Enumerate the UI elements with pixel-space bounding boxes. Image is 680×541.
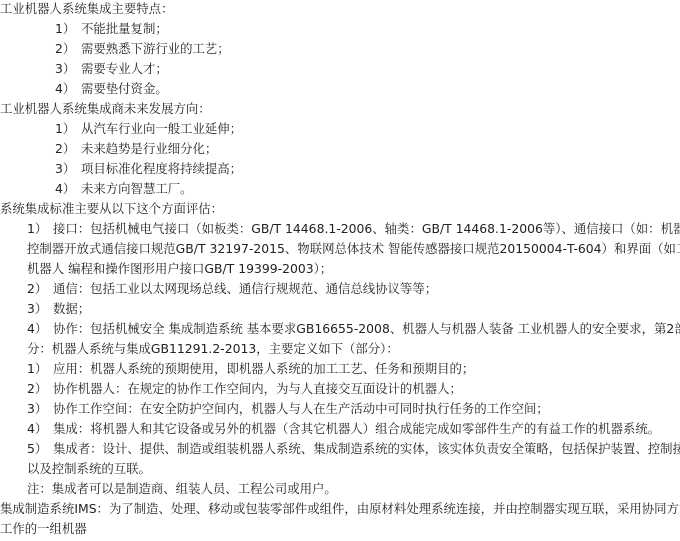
list-number: 4）	[55, 179, 81, 199]
list-text: 接口：包括机械电气接口（如板类：GB/T 14468.1-2006、轴类：GB/…	[53, 221, 680, 236]
list-number: 1）	[55, 19, 81, 39]
list-number: 1）	[27, 359, 53, 379]
definition-item: 3）协作工作空间：在安全防护空间内，机器人与人在生产活动中可同时执行任务的工作空…	[27, 399, 549, 419]
list-item: 1）从汽车行业向一般工业延伸；	[55, 119, 242, 139]
section-heading-features: 工业机器人系统集成主要特点：	[0, 0, 173, 19]
list-number: 4）	[27, 419, 53, 439]
list-text: 集成：将机器人和其它设备或另外的机器（含其它机器人）组合成能完成如零部件生产的有…	[53, 421, 660, 436]
list-text: 需要垫付资金。	[81, 81, 168, 96]
list-text: 通信：包括工业以太网现场总线、通信行规规范、通信总线协议等等；	[53, 281, 437, 296]
list-text: 集成者：设计、提供、制造或组装机器人系统、集成制造系统的实体，该实体负责安全策略…	[53, 441, 680, 456]
list-text: 不能批量复制；	[81, 21, 168, 36]
list-number: 3）	[27, 299, 53, 319]
list-item: 4）未来方向智慧工厂。	[55, 179, 193, 199]
ims-definition-continuation: 工作的一组机器	[0, 519, 87, 539]
definition-item: 5）集成者：设计、提供、制造或组装机器人系统、集成制造系统的实体，该实体负责安全…	[27, 439, 680, 459]
section-heading-standards: 系统集成标准主要从以下这个方面评估：	[0, 199, 223, 219]
list-text: 协作机器人：在规定的协作工作空间内，为与人直接交互面设计的机器人；	[53, 381, 462, 396]
list-text: 项目标准化程度将持续提高；	[81, 161, 242, 176]
ims-definition: 集成制造系统IMS：为了制造、处理、移动或包装零部件或组件，由原材料处理系统连接…	[0, 499, 680, 519]
definition-item: 1）应用：机器人系统的预期使用，即机器人系统的加工工艺、任务和预期目的；	[27, 359, 474, 379]
list-number: 1）	[55, 119, 81, 139]
list-item-communication: 2）通信：包括工业以太网现场总线、通信行规规范、通信总线协议等等；	[27, 279, 437, 299]
list-number: 4）	[55, 79, 81, 99]
list-item: 2）未来趋势是行业细分化；	[55, 139, 217, 159]
list-number: 4）	[27, 319, 53, 339]
list-item-continuation: 分：机器人系统与集成GB11291.2-2013，主要定义如下（部分）：	[27, 339, 399, 359]
list-item: 3）项目标准化程度将持续提高；	[55, 159, 242, 179]
list-number: 2）	[27, 379, 53, 399]
list-text: 未来趋势是行业细分化；	[81, 141, 217, 156]
list-item-collaboration: 4）协作：包括机械安全 集成制造系统 基本要求GB16655-2008、机器人与…	[27, 319, 680, 339]
section-heading-future: 工业机器人系统集成商未来发展方向：	[0, 99, 211, 119]
list-number: 2）	[27, 279, 53, 299]
definition-item: 2）协作机器人：在规定的协作工作空间内，为与人直接交互面设计的机器人；	[27, 379, 462, 399]
list-text: 数据；	[53, 301, 90, 316]
list-number: 3）	[55, 59, 81, 79]
definition-item: 4）集成：将机器人和其它设备或另外的机器（含其它机器人）组合成能完成如零部件生产…	[27, 419, 660, 439]
list-item-continuation: 以及控制系统的互联。	[27, 459, 151, 479]
list-item: 1）不能批量复制；	[55, 19, 168, 39]
list-item-data: 3）数据；	[27, 299, 90, 319]
list-number: 1）	[27, 219, 53, 239]
list-number: 3）	[27, 399, 53, 419]
list-text: 需要专业人才；	[81, 61, 168, 76]
list-text: 需要熟悉下游行业的工艺；	[81, 41, 230, 56]
list-text: 从汽车行业向一般工业延伸；	[81, 121, 242, 136]
list-item-continuation: 控制器开放式通信接口规范GB/T 32197-2015、物联网总体技术 智能传感…	[27, 239, 680, 259]
list-item: 3）需要专业人才；	[55, 59, 168, 79]
list-number: 2）	[55, 139, 81, 159]
list-text: 应用：机器人系统的预期使用，即机器人系统的加工工艺、任务和预期目的；	[53, 361, 474, 376]
list-item: 2）需要熟悉下游行业的工艺；	[55, 39, 230, 59]
list-item-interface: 1）接口：包括机械电气接口（如板类：GB/T 14468.1-2006、轴类：G…	[27, 219, 680, 239]
list-text: 协作工作空间：在安全防护空间内，机器人与人在生产活动中可同时执行任务的工作空间；	[53, 401, 549, 416]
list-number: 3）	[55, 159, 81, 179]
list-text: 未来方向智慧工厂。	[81, 181, 193, 196]
note-text: 注：集成者可以是制造商、组装人员、工程公司或用户。	[27, 479, 337, 499]
list-item: 4）需要垫付资金。	[55, 79, 168, 99]
list-text: 协作：包括机械安全 集成制造系统 基本要求GB16655-2008、机器人与机器…	[53, 321, 680, 336]
list-item-continuation: 机器人 编程和操作图形用户接口GB/T 19399-2003）；	[27, 259, 332, 279]
list-number: 2）	[55, 39, 81, 59]
list-number: 5）	[27, 439, 53, 459]
